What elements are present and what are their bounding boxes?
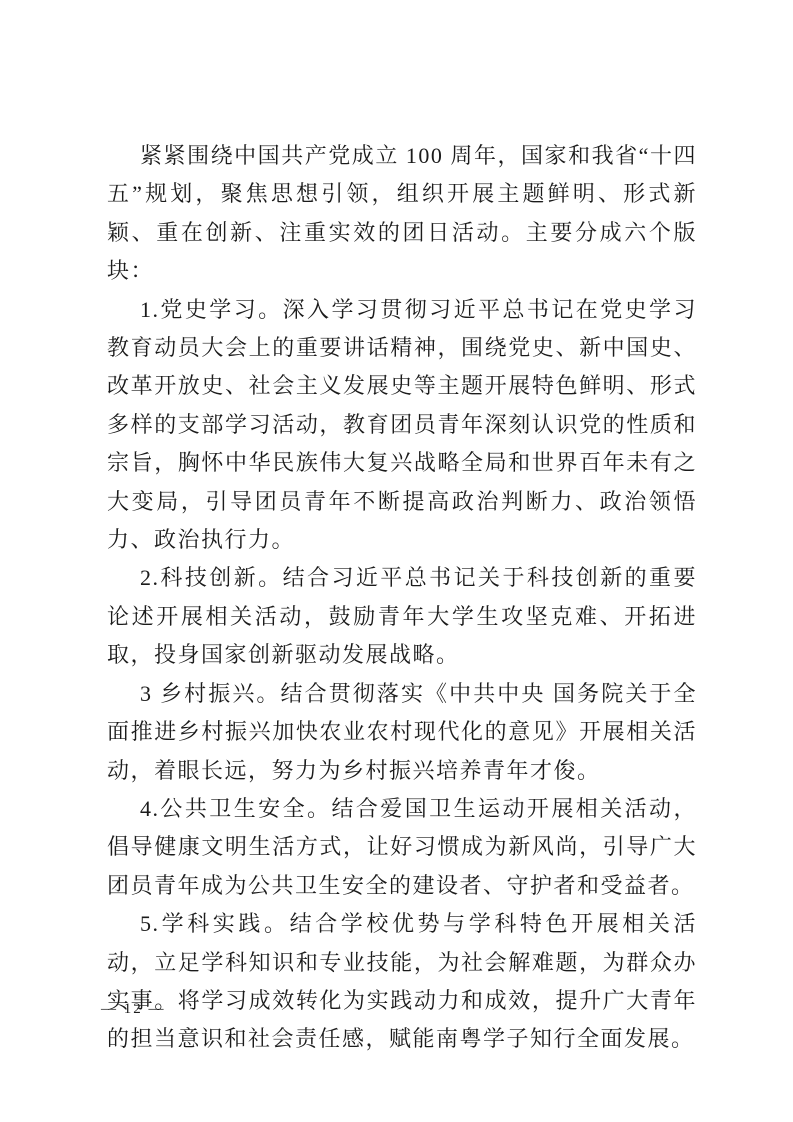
paragraph-item-1-party-history: 1.党史学习。深入学习贯彻习近平总书记在党史学习教育动员大会上的重要讲话精神，围… [107, 291, 697, 560]
document-page: 紧紧围绕中国共产党成立 100 周年，国家和我省“十四五”规划，聚焦思想引领，组… [0, 0, 793, 1122]
page-number: — 12 — [101, 1001, 166, 1018]
document-body: 紧紧围绕中国共产党成立 100 周年，国家和我省“十四五”规划，聚焦思想引领，组… [107, 137, 697, 1059]
paragraph-item-3-rural-revitalization: 3 乡村振兴。结合贯彻落实《中共中央 国务院关于全面推进乡村振兴加快农业农村现代… [107, 675, 697, 790]
paragraph-item-2-tech-innovation: 2.科技创新。结合习近平总书记关于科技创新的重要论述开展相关活动，鼓励青年大学生… [107, 559, 697, 674]
paragraph-item-4-public-health: 4.公共卫生安全。结合爱国卫生运动开展相关活动，倡导健康文明生活方式，让好习惯成… [107, 790, 697, 905]
paragraph-intro: 紧紧围绕中国共产党成立 100 周年，国家和我省“十四五”规划，聚焦思想引领，组… [107, 137, 697, 291]
paragraph-item-5-discipline-practice: 5.学科实践。结合学校优势与学科特色开展相关活动，立足学科知识和专业技能，为社会… [107, 905, 697, 1059]
